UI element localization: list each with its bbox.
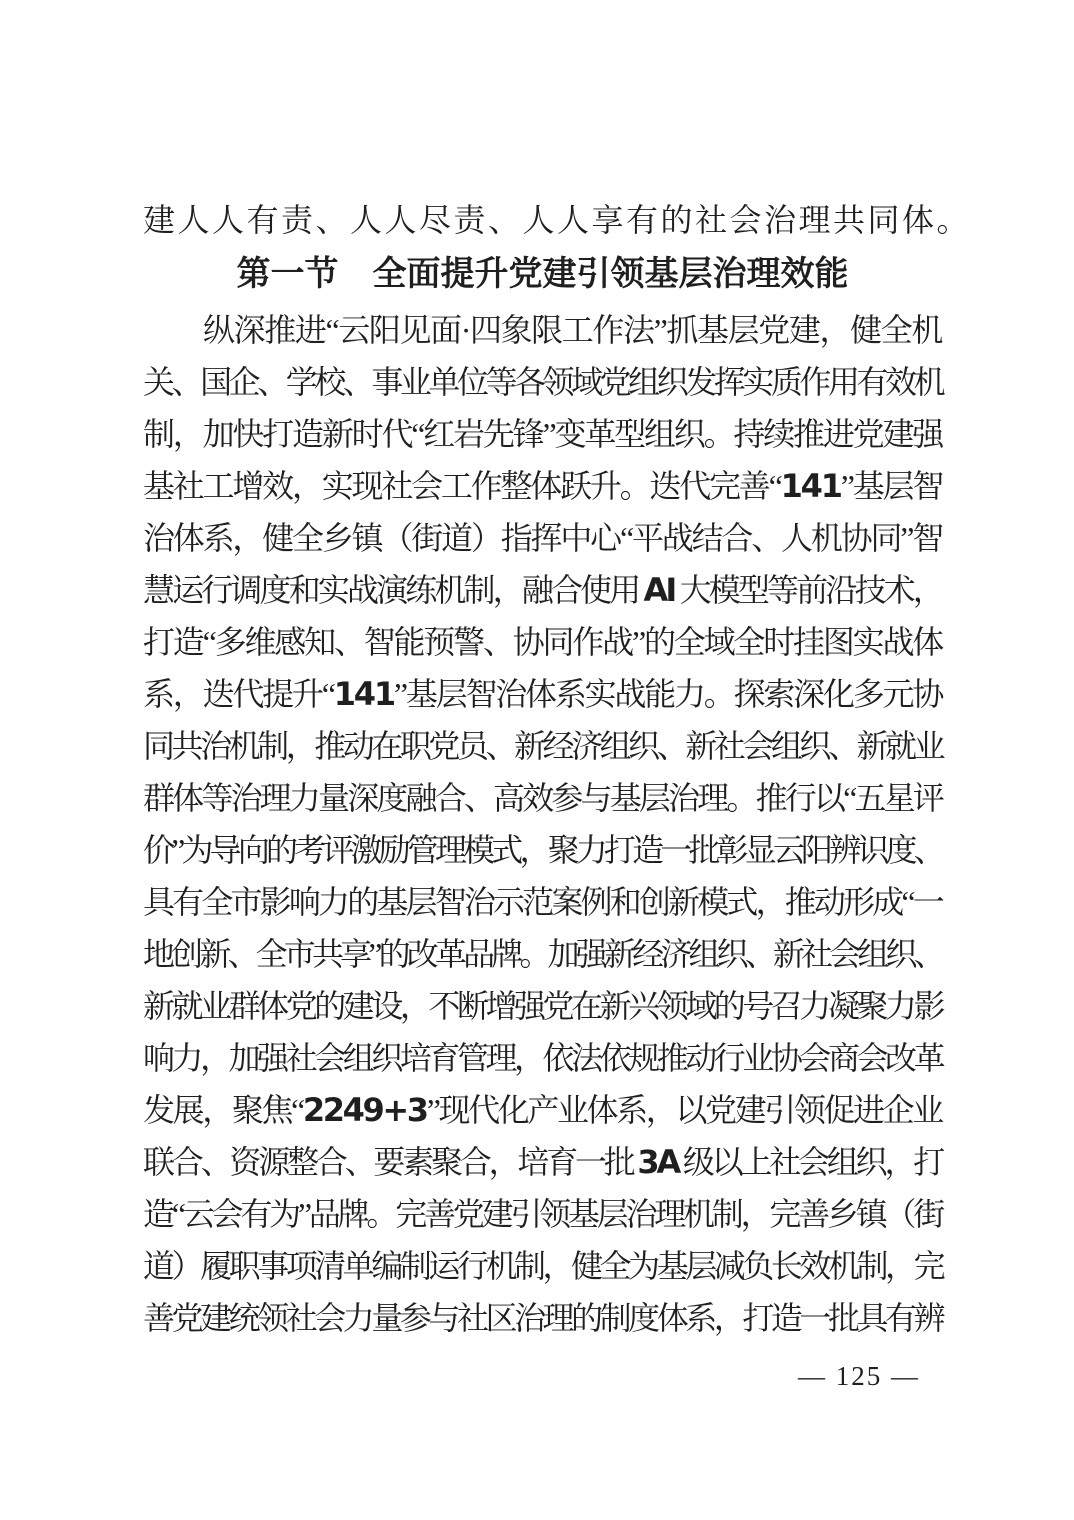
paragraph-line-text: 地创新、全市共享”的改革品牌。加强新经济组织、新社会组织、 — [143, 936, 942, 972]
paragraph-line-text: 新就业群体党的建设，不断增强党在新兴领域的号召力凝聚力影 — [143, 988, 942, 1024]
paragraph-line: 同共治机制，推动在职党员、新经济组织、新社会组织、新就业 — [143, 720, 942, 772]
paragraph-line: 系，迭代提升“141”基层智治体系实战能力。探索深化多元协 — [143, 668, 942, 720]
paragraph-line-text: 打造“多维感知、智能预警、协同作战”的全域全时挂图实战体 — [143, 624, 942, 660]
paragraph-line-text: 制，加快打造新时代“红岩先锋”变革型组织。持续推进党建强 — [143, 416, 942, 452]
paragraph-line: 响力，加强社会组织培育管理，依法依规推动行业协会商会改革 — [143, 1032, 942, 1084]
paragraph-line: 打造“多维感知、智能预警、协同作战”的全域全时挂图实战体 — [143, 616, 942, 668]
paragraph-line-text: 慧运行调度和实战演练机制，融合使用 AI 大模型等前沿技术， — [143, 572, 942, 608]
paragraph-line-text: 纵深推进“云阳见面·四象限工作法”抓基层党建，健全机 — [203, 312, 942, 348]
paragraph-line: 具有全市影响力的基层智治示范案例和创新模式，推动形成“一 — [143, 876, 942, 928]
text-block: 建人人有责、人人尽责、人人享有的社会治理共同体。 第一节 全面提升党建引领基层治… — [143, 194, 942, 1344]
paragraph-line: 发展，聚焦“2249+3”现代化产业体系，以党建引领促进企业 — [143, 1084, 942, 1136]
paragraph-line-text: 关、国企、学校、事业单位等各领域党组织发挥实质作用有效机 — [143, 364, 942, 400]
latin-text: 141 — [781, 467, 841, 505]
section-heading: 第一节 全面提升党建引领基层治理效能 — [143, 246, 942, 304]
paragraph-line-text: 联合、资源整合、要素聚合，培育一批 3A 级以上社会组织，打 — [143, 1144, 942, 1180]
document-page: 建人人有责、人人尽责、人人享有的社会治理共同体。 第一节 全面提升党建引领基层治… — [0, 0, 1074, 1520]
paragraph-line-text: 响力，加强社会组织培育管理，依法依规推动行业协会商会改革 — [143, 1040, 942, 1076]
paragraph-line-text: 具有全市影响力的基层智治示范案例和创新模式，推动形成“一 — [143, 884, 942, 920]
paragraph-line: 关、国企、学校、事业单位等各领域党组织发挥实质作用有效机 — [143, 356, 942, 408]
paragraph-line: 造“云会有为”品牌。完善党建引领基层治理机制，完善乡镇（街 — [143, 1188, 942, 1240]
paragraph-line: 慧运行调度和实战演练机制，融合使用 AI 大模型等前沿技术， — [143, 564, 942, 616]
paragraph-line-text: 同共治机制，推动在职党员、新经济组织、新社会组织、新就业 — [143, 728, 942, 764]
paragraph-line-text: 造“云会有为”品牌。完善党建引领基层治理机制，完善乡镇（街 — [143, 1196, 942, 1232]
paragraph-line-text: 基社工增效，实现社会工作整体跃升。迭代完善“141”基层智 — [143, 468, 942, 504]
continuation-line: 建人人有责、人人尽责、人人享有的社会治理共同体。 — [143, 194, 942, 246]
body-paragraph: 纵深推进“云阳见面·四象限工作法”抓基层党建，健全机关、国企、学校、事业单位等各… — [143, 304, 942, 1344]
paragraph-line: 道）履职事项清单编制运行机制，健全为基层减负长效机制，完 — [143, 1240, 942, 1292]
paragraph-line: 治体系，健全乡镇（街道）指挥中心“平战结合、人机协同”智 — [143, 512, 942, 564]
paragraph-line-text: 发展，聚焦“2249+3”现代化产业体系，以党建引领促进企业 — [143, 1092, 942, 1128]
paragraph-line: 联合、资源整合、要素聚合，培育一批 3A 级以上社会组织，打 — [143, 1136, 942, 1188]
latin-text: 2249+3 — [303, 1091, 427, 1129]
paragraph-line: 基社工增效，实现社会工作整体跃升。迭代完善“141”基层智 — [143, 460, 942, 512]
latin-text: 141 — [334, 675, 394, 713]
paragraph-line-text: 道）履职事项清单编制运行机制，健全为基层减负长效机制，完 — [143, 1248, 942, 1284]
page-number: — 125 — — [798, 1360, 920, 1392]
latin-text: 3A — [637, 1143, 678, 1181]
paragraph-line: 群体等治理力量深度融合、高效参与基层治理。推行以“五星评 — [143, 772, 942, 824]
paragraph-line: 地创新、全市共享”的改革品牌。加强新经济组织、新社会组织、 — [143, 928, 942, 980]
paragraph-line: 新就业群体党的建设，不断增强党在新兴领域的号召力凝聚力影 — [143, 980, 942, 1032]
paragraph-line-text: 善党建统领社会力量参与社区治理的制度体系，打造一批具有辨 — [143, 1300, 942, 1336]
paragraph-line-text: 群体等治理力量深度融合、高效参与基层治理。推行以“五星评 — [143, 780, 942, 816]
paragraph-line: 善党建统领社会力量参与社区治理的制度体系，打造一批具有辨 — [143, 1292, 942, 1344]
paragraph-line-text: 系，迭代提升“141”基层智治体系实战能力。探索深化多元协 — [143, 676, 942, 712]
paragraph-line-text: 治体系，健全乡镇（街道）指挥中心“平战结合、人机协同”智 — [143, 520, 942, 556]
paragraph-line: 价”为导向的考评激励管理模式，聚力打造一批彰显云阳辨识度、 — [143, 824, 942, 876]
paragraph-line: 制，加快打造新时代“红岩先锋”变革型组织。持续推进党建强 — [143, 408, 942, 460]
latin-text: AI — [644, 571, 675, 609]
paragraph-line-text: 价”为导向的考评激励管理模式，聚力打造一批彰显云阳辨识度、 — [143, 832, 942, 868]
paragraph-line: 纵深推进“云阳见面·四象限工作法”抓基层党建，健全机 — [143, 304, 942, 356]
